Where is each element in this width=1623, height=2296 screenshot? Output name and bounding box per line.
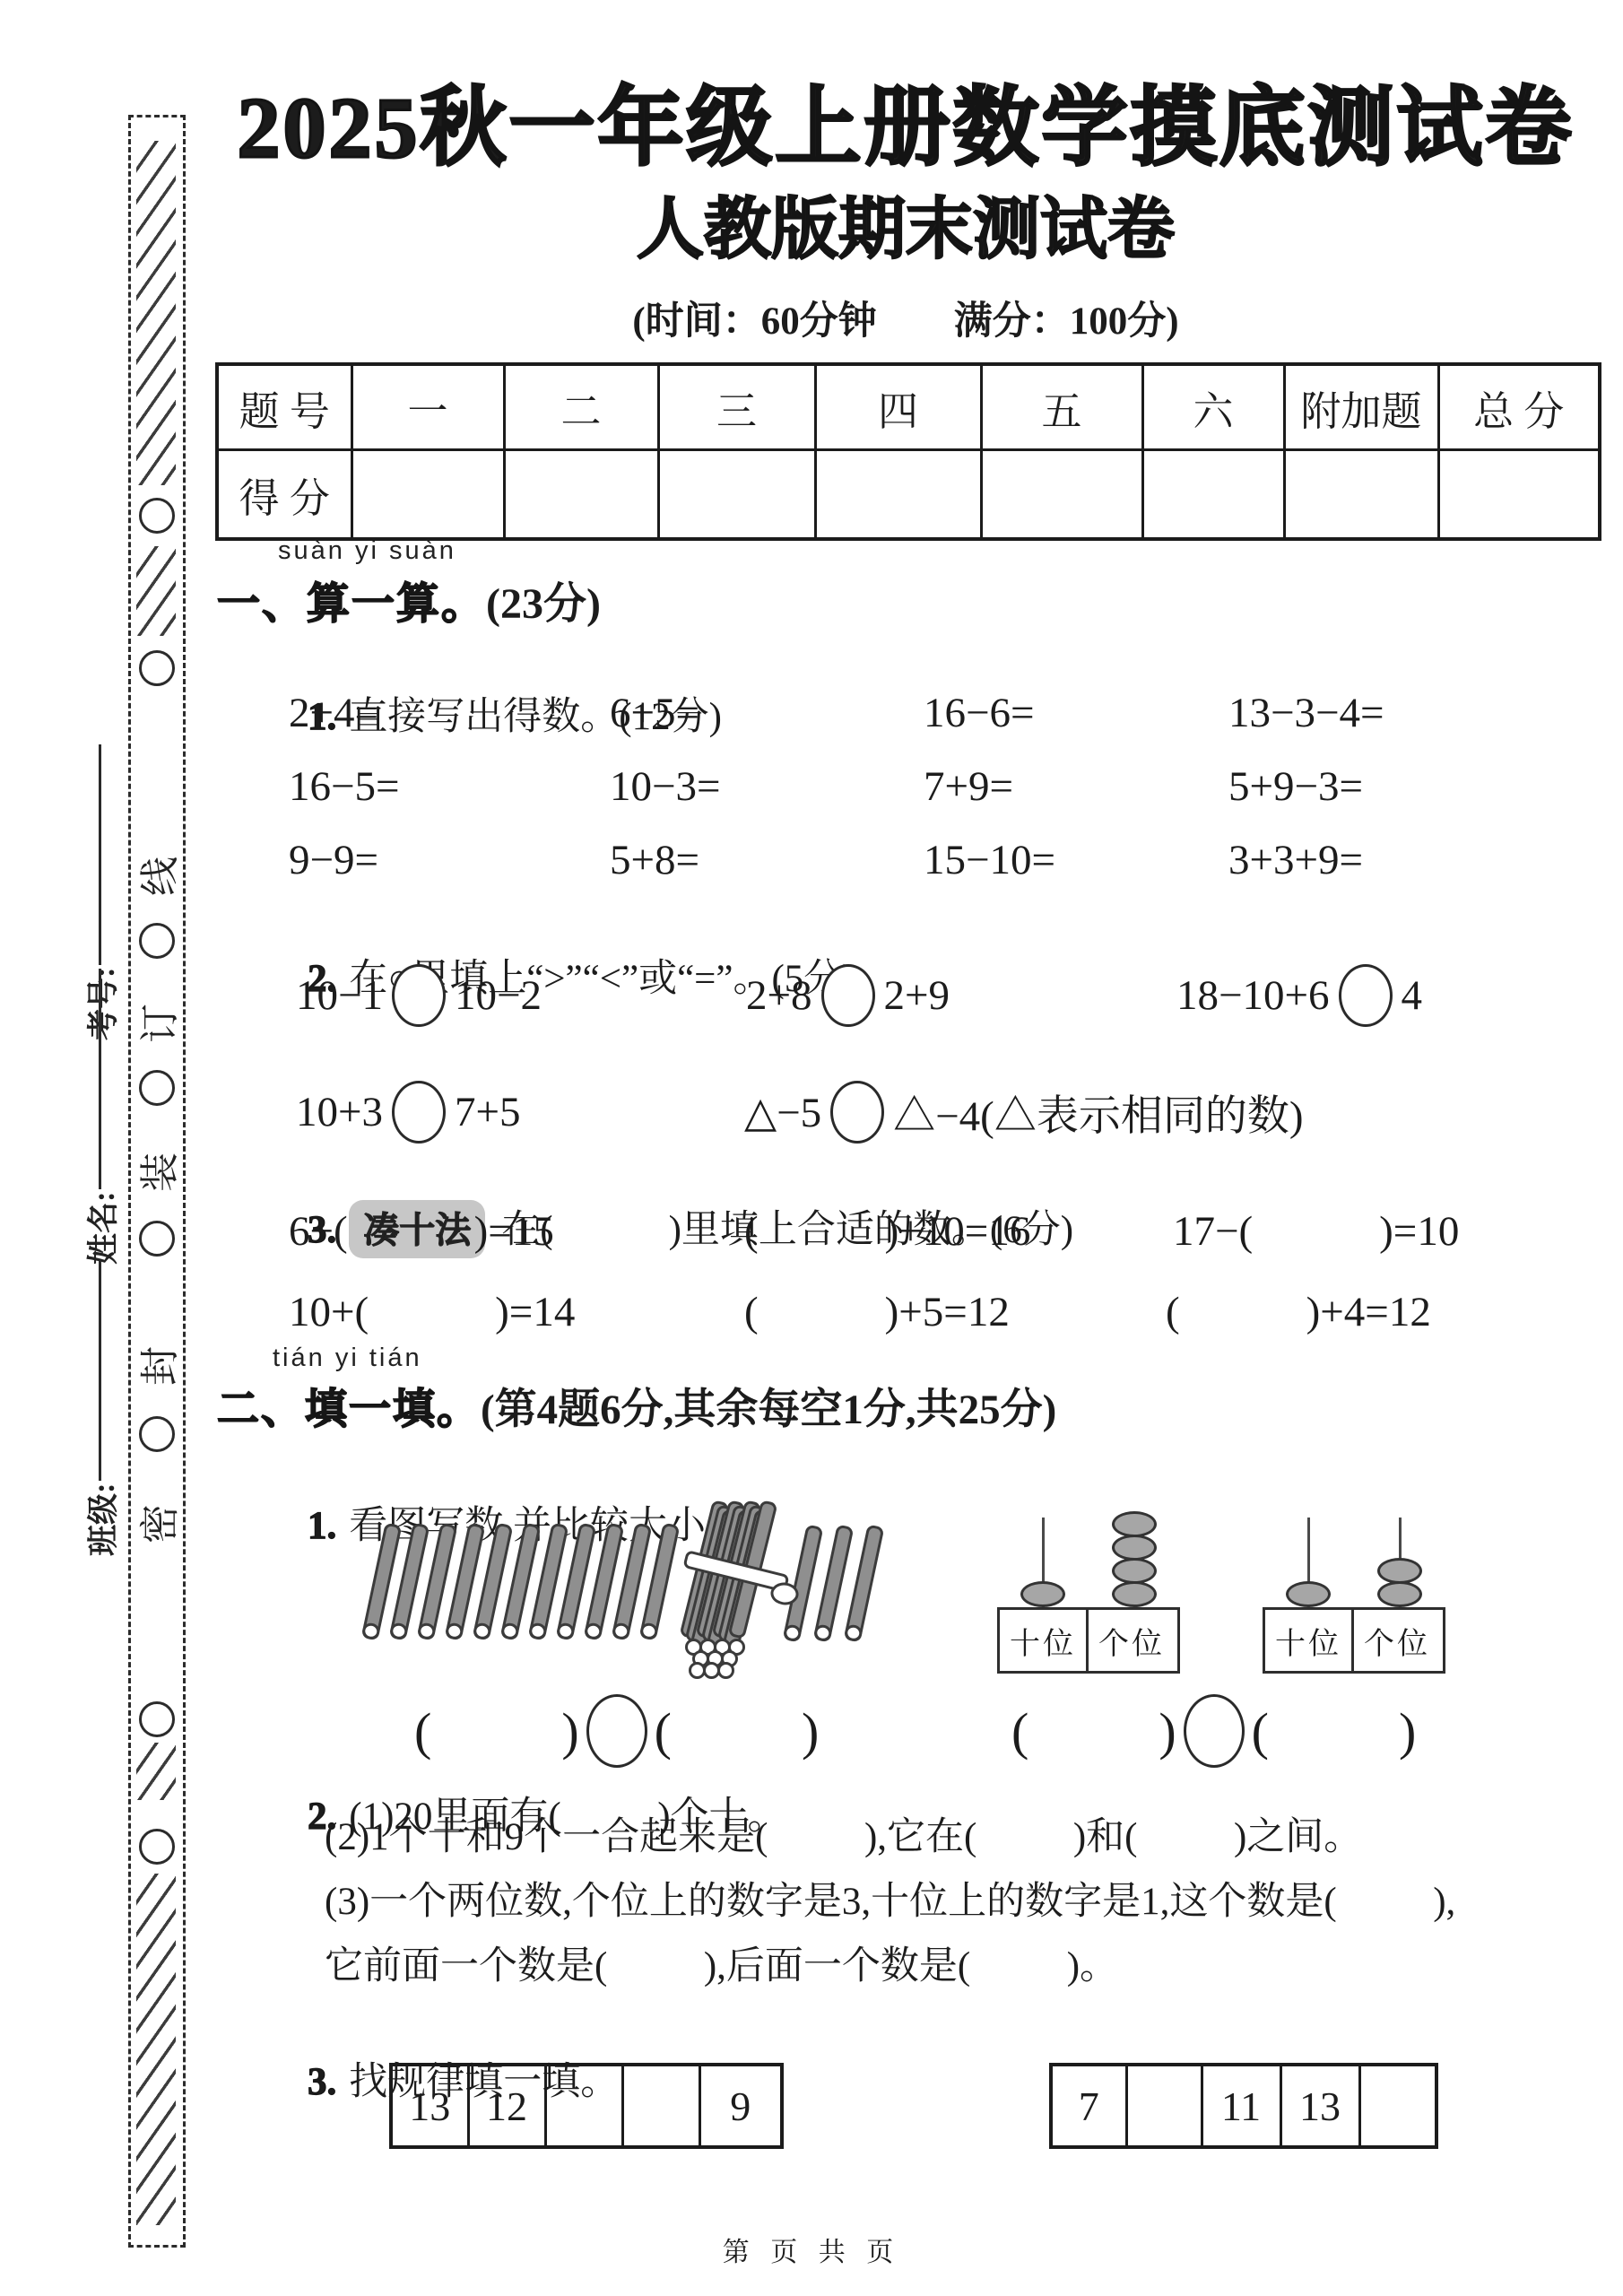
problem-expression: 13−3−4= (1228, 689, 1616, 762)
comparison-circle (1184, 1694, 1245, 1768)
student-name-label: 姓名: (79, 1191, 124, 1265)
pattern-cell: 11 (1202, 2065, 1280, 2147)
loose-sticks-group-of-3 (794, 1525, 886, 1642)
ones-label: 个位 (1351, 1610, 1440, 1671)
score-col-3: 三 (658, 364, 815, 450)
hatch-marks (136, 141, 176, 485)
class-label: 班级: (79, 1483, 124, 1556)
seal-circle-icon (139, 1070, 175, 1106)
score-table-corner: 题 号 (217, 364, 352, 450)
place-value-box: 十位 个位 (1263, 1607, 1445, 1674)
comparison-right: 10−2 (455, 971, 542, 1020)
section2-heading: 二、填一填。(第4题6分,其余每空1分,共25分) (217, 1376, 1056, 1436)
ones-rod (1089, 1518, 1180, 1607)
comparison-right: 2+9 (884, 971, 950, 1020)
comparison-left: 18−10+6 (1176, 971, 1330, 1020)
problem-expression: 5+8= (610, 836, 924, 909)
comparison-left: 10+3 (296, 1088, 383, 1136)
place-value-box: 十位 个位 (997, 1607, 1180, 1674)
comparison-circle (392, 964, 446, 1027)
score-col-2: 二 (504, 364, 658, 450)
page-subtitle: 人教版期末测试卷 (206, 176, 1605, 272)
comparison-item: 10+3 7+5 (296, 1071, 521, 1153)
loose-sticks-group-of-11 (373, 1523, 679, 1640)
section1-heading-text: 一、算一算。 (217, 580, 486, 628)
fill-blank-expression: 17−( )=10 (1173, 1207, 1459, 1256)
binding-seal-strip: 线 订 装 封 密 (128, 115, 186, 2248)
s2-q1-number: 1. (308, 1505, 336, 1547)
score-cell-empty (981, 450, 1142, 540)
pattern-cell: 12 (468, 2065, 545, 2147)
problem-expression: 5+9−3= (1228, 762, 1616, 836)
student-name-blank-line (99, 969, 101, 1189)
number-pattern-table: 13 12 9 (389, 2063, 784, 2149)
place-value-abacus: 十位 个位 (1263, 1518, 1445, 1674)
abacus-rods (997, 1518, 1180, 1607)
pattern-cell-blank (1126, 2065, 1202, 2147)
comparison-right: △−4(△表示相同的数) (893, 1083, 1303, 1143)
s2-q2-line3: (3)一个两位数,个位上的数字是3,十位上的数字是1,这个数是( ), (325, 1871, 1455, 1926)
score-col-6: 六 (1142, 364, 1284, 450)
exam-info-line: (时间：60分钟 满分：100分) (206, 291, 1605, 345)
seal-char-feng: 封 (127, 1341, 185, 1391)
score-table-score-row: 得 分 (217, 450, 1600, 540)
seal-char-line: 线 (127, 851, 185, 901)
fill-blank-expression: ( )+10=16 (744, 1207, 1030, 1256)
comparison-right: 4 (1402, 971, 1423, 1020)
score-cell-empty (504, 450, 658, 540)
place-value-abacus: 十位 个位 (997, 1518, 1180, 1674)
pattern-cell: 9 (699, 2065, 782, 2147)
exam-paper-page: 考号: 姓名: 班级: 线 订 装 封 密 2025秋一年级上册数学摸底测试卷 … (0, 0, 1623, 2296)
seal-char-ding: 订 (127, 998, 185, 1048)
problem-expression: 10−3= (610, 762, 924, 836)
fill-blank-expression: ( )+5=12 (744, 1288, 1010, 1336)
problem-expression: 3+3+9= (1228, 836, 1616, 909)
score-col-1: 一 (352, 364, 504, 450)
fill-blank-expression: 6+( )=15 (289, 1207, 554, 1256)
bundle-of-ten-sticks (696, 1500, 794, 1665)
seal-char-zhuang: 装 (127, 1147, 185, 1197)
score-table-header-row: 题 号 一 二 三 四 五 六 附加题 总 分 (217, 364, 1600, 450)
problem-expression: 6+5= (610, 689, 924, 762)
pattern-cell: 13 (1280, 2065, 1359, 2147)
score-table: 题 号 一 二 三 四 五 六 附加题 总 分 得 分 (215, 362, 1601, 541)
score-cell-empty (1284, 450, 1438, 540)
answer-blank-parens: ( ) (1011, 1701, 1176, 1761)
score-col-total: 总 分 (1438, 364, 1600, 450)
section1-heading: 一、算一算。(23分) (217, 569, 601, 631)
s2-q2-line4: 它前面一个数是( ),后面一个数是( )。 (325, 1935, 1118, 1990)
comparison-left: 2+8 (746, 971, 812, 1020)
score-cell-empty (658, 450, 815, 540)
number-pattern-table: 7 11 13 (1049, 2063, 1438, 2149)
pattern-cell: 13 (391, 2065, 468, 2147)
problem-expression: 7+9= (924, 762, 1228, 836)
pattern-cell: 7 (1051, 2065, 1126, 2147)
student-name-field: 姓名: (81, 969, 122, 1265)
class-blank-line (99, 1260, 101, 1481)
section2-heading-score: (第4题6分,其余每空1分,共25分) (481, 1387, 1056, 1433)
comparison-left: 10−1 (296, 971, 383, 1020)
score-row-label: 得 分 (217, 450, 352, 540)
class-field: 班级: (81, 1260, 122, 1556)
s2-q2-line2: (2)1个十和9个一合起来是( ),它在( )和( )之间。 (325, 1806, 1362, 1861)
ones-rod (1354, 1518, 1445, 1607)
score-col-bonus: 附加题 (1284, 364, 1438, 450)
comparison-circle (830, 1081, 884, 1144)
page-footer: 第 页 共 页 (0, 2230, 1623, 2269)
seal-circle-icon (139, 1416, 175, 1452)
hatch-marks (136, 1874, 176, 2225)
pattern-cell-blank (1359, 2065, 1436, 2147)
hatch-marks (136, 546, 176, 636)
tens-label: 十位 (1265, 1610, 1351, 1671)
seal-circle-icon (139, 1829, 175, 1865)
score-col-5: 五 (981, 364, 1142, 450)
score-col-4: 四 (815, 364, 981, 450)
problem-expression: 16−6= (924, 689, 1228, 762)
comparison-circle (821, 964, 875, 1027)
seal-circle-icon (139, 650, 175, 686)
seal-circle-icon (139, 923, 175, 959)
comparison-circle (1339, 964, 1393, 1027)
page-title: 2025秋一年级上册数学摸底测试卷 (206, 59, 1605, 182)
hatch-marks (136, 1743, 176, 1800)
figure-compare-blanks: ( ) ( ) (1011, 1688, 1416, 1774)
seal-circle-icon (139, 1701, 175, 1737)
score-cell-empty (1142, 450, 1284, 540)
bundle-stick-ends (685, 1639, 748, 1682)
abacus-rods (1263, 1518, 1445, 1607)
score-cell-empty (815, 450, 981, 540)
s2-q3-number: 3. (308, 2061, 336, 2103)
fill-blank-expression: 10+( )=14 (289, 1288, 575, 1336)
section1-pinyin: suàn yi suàn (278, 536, 456, 566)
pattern-cell-blank (622, 2065, 699, 2147)
comparison-item: 18−10+6 4 (1176, 954, 1422, 1037)
problem-expression: 9−9= (289, 836, 610, 909)
problem-expression: 15−10= (924, 836, 1228, 909)
section1-heading-score: (23分) (486, 580, 601, 628)
tens-rod (997, 1518, 1089, 1607)
arithmetic-problems-grid: 2+4= 6+5= 16−6= 13−3−4= 16−5= 10−3= 7+9=… (289, 689, 1616, 909)
seal-char-mi: 密 (127, 1499, 185, 1549)
comparison-item: 10−1 10−2 (296, 954, 542, 1037)
comparison-circle (392, 1081, 446, 1144)
fill-blank-expression: ( )+4=12 (1166, 1288, 1431, 1336)
ones-label: 个位 (1086, 1610, 1175, 1671)
section2-pinyin: tián yi tián (273, 1344, 422, 1373)
problem-expression: 2+4= (289, 689, 610, 762)
comparison-item: 2+8 2+9 (746, 954, 950, 1037)
tens-label: 十位 (1000, 1610, 1086, 1671)
comparison-left: △−5 (744, 1088, 821, 1137)
section2-heading-text: 二、填一填。 (217, 1387, 481, 1433)
comparison-right: 7+5 (455, 1088, 521, 1136)
score-cell-empty (1438, 450, 1600, 540)
exam-number-blank-line (99, 744, 101, 965)
problem-expression: 16−5= (289, 762, 610, 836)
pattern-cell-blank (545, 2065, 622, 2147)
score-cell-empty (352, 450, 504, 540)
seal-circle-icon (139, 498, 175, 534)
seal-circle-icon (139, 1221, 175, 1257)
tens-rod (1263, 1518, 1354, 1607)
comparison-item: △−5 △−4(△表示相同的数) (744, 1071, 1303, 1153)
answer-blank-parens: ( ) (1252, 1701, 1417, 1761)
